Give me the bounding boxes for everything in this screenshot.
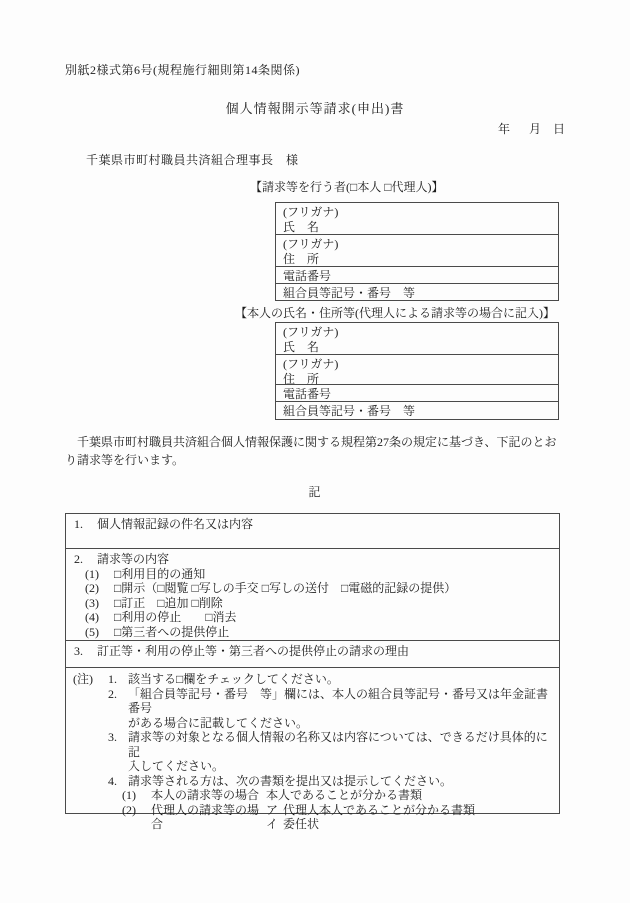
phone-field-label: 電話番号 xyxy=(283,269,552,283)
requester-section-header: 【請求等を行う者(□本人 □代理人)】 xyxy=(250,178,444,195)
record-marker: 記 xyxy=(0,483,630,500)
item-number: 1. xyxy=(74,517,97,532)
doc-line: イ 委任状 xyxy=(266,817,475,832)
note-text-line: 請求等される方は、次の書類を提出又は提示してください。 xyxy=(128,774,555,789)
document-page: 別紙2様式第6号(規程施行細則第14条関係) 個人情報開示等請求(申出)書 年月… xyxy=(0,0,630,903)
option-line-disclosure: (2) □開示（□閲覧 □写しの手交 □写しの送付 □電磁的記録の提供） xyxy=(66,581,559,596)
phone-field-label: 電話番号 xyxy=(283,387,552,401)
month-label: 月 xyxy=(529,122,541,136)
note-number: 3. xyxy=(108,730,128,774)
page-title: 個人情報開示等請求(申出)書 xyxy=(0,98,630,117)
body-paragraph-line: 千葉県市町村職員共済組合個人情報保護に関する規程第27条の規定に基づき、下記のと… xyxy=(65,433,567,451)
option-checkbox-text: □開示（□閲覧 □写しの手交 □写しの送付 □電磁的記録の提供） xyxy=(114,581,456,596)
table-row-address: (フリガナ) 住 所 xyxy=(276,354,558,384)
option-line-correction: (3) □訂正 □追加 □削除 xyxy=(66,596,559,611)
day-label: 日 xyxy=(553,122,565,136)
year-label: 年 xyxy=(498,122,510,136)
note-number: 1. xyxy=(108,672,128,687)
table-row-notes: (注) 1. 該当する□欄をチェックしてください。 2. 「組合員等記号・番号 … xyxy=(66,667,559,813)
furigana-label: (フリガナ) xyxy=(283,237,552,252)
table-row-phone: 電話番号 xyxy=(276,384,558,401)
item-number: 3. xyxy=(74,644,97,659)
option-line-purpose-notification: (1) □利用目的の通知 xyxy=(66,567,559,582)
furigana-label: (フリガナ) xyxy=(283,205,552,220)
table-row-member-number: 組合員等記号・番号 等 xyxy=(276,401,558,419)
sub-item-number: (2) xyxy=(122,803,151,832)
table-row-name: (フリガナ) 氏 名 xyxy=(276,323,558,354)
note-item-2: 2. 「組合員等記号・番号 等」欄には、本人の組合員等記号・番号又は年金証書番号… xyxy=(108,687,555,731)
option-number: (5) xyxy=(85,625,114,640)
doc-line: ア 代理人本人であることが分かる書類 xyxy=(266,803,475,818)
note-text-line: 該当する□欄をチェックしてください。 xyxy=(128,672,555,687)
sub-item-case: 代理人の請求等の場合 xyxy=(151,803,266,832)
doc-text: 本人であることが分かる書類 xyxy=(266,788,422,803)
principal-section-header: 【本人の氏名・住所等(代理人による請求等の場合に記入)】 xyxy=(235,304,555,321)
option-checkbox-text: □利用目的の通知 xyxy=(114,567,205,582)
required-docs: ア 代理人本人であることが分かる書類 イ 委任状 xyxy=(266,803,475,832)
option-number: (4) xyxy=(85,610,114,625)
table-row-item3-reason: 3. 訂正等・利用の停止等・第三者への提供停止の請求の理由 xyxy=(66,640,559,667)
table-row-phone: 電話番号 xyxy=(276,266,558,283)
option-checkbox-text: □第三者への提供停止 xyxy=(114,625,229,640)
principal-table: (フリガナ) 氏 名 (フリガナ) 住 所 電話番号 組合員等記号・番号 等 xyxy=(275,322,559,420)
note-text-line: 「組合員等記号・番号 等」欄には、本人の組合員等記号・番号又は年金証書番号 xyxy=(128,687,555,716)
note-item-1: 1. 該当する□欄をチェックしてください。 xyxy=(108,672,555,687)
option-number: (1) xyxy=(85,567,114,582)
requester-table: (フリガナ) 氏 名 (フリガナ) 住 所 電話番号 組合員等記号・番号 等 xyxy=(275,202,559,301)
furigana-label: (フリガナ) xyxy=(283,357,552,372)
option-line-suspension: (4) □利用の停止 □消去 xyxy=(66,610,559,625)
addressee-line: 千葉県市町村職員共済組合理事長 様 xyxy=(86,151,299,168)
doc-text: 代理人本人であることが分かる書類 xyxy=(283,803,475,818)
option-line-third-party-stop: (5) □第三者への提供停止 xyxy=(66,625,559,640)
note-number: 4. xyxy=(108,774,128,789)
note-number: 2. xyxy=(108,687,128,731)
table-row-item1-subject: 1. 個人情報記録の件名又は内容 xyxy=(66,514,559,548)
table-row-item2-request-content: 2. 請求等の内容 (1) □利用目的の通知 (2) □開示（□閲覧 □写しの手… xyxy=(66,548,559,640)
form-reference-number: 別紙2様式第6号(規程施行細則第14条関係) xyxy=(65,61,300,78)
request-details-table: 1. 個人情報記録の件名又は内容 2. 請求等の内容 (1) □利用目的の通知 … xyxy=(65,513,560,814)
note-sub-item-principal: (1) 本人の請求等の場合 本人であることが分かる書類 xyxy=(122,788,555,803)
item2-title: 請求等の内容 xyxy=(97,552,555,567)
sub-item-number: (1) xyxy=(122,788,151,803)
required-docs: 本人であることが分かる書類 xyxy=(266,788,422,803)
note-sub-item-agent: (2) 代理人の請求等の場合 ア 代理人本人であることが分かる書類 イ 委任状 xyxy=(122,803,555,832)
furigana-label: (フリガナ) xyxy=(283,325,552,340)
table-row-address: (フリガナ) 住 所 xyxy=(276,234,558,266)
item1-title: 個人情報記録の件名又は内容 xyxy=(97,517,555,532)
option-checkbox-text: □訂正 □追加 □削除 xyxy=(114,596,223,611)
member-number-field-label: 組合員等記号・番号 等 xyxy=(283,404,552,418)
note-text-line: がある場合に記載してください。 xyxy=(128,716,555,731)
doc-letter: ア xyxy=(266,803,283,818)
note-marker: (注) xyxy=(73,672,108,832)
option-number: (3) xyxy=(85,596,114,611)
doc-text: 委任状 xyxy=(283,817,319,832)
doc-line: 本人であることが分かる書類 xyxy=(266,788,422,803)
table-row-member-number: 組合員等記号・番号 等 xyxy=(276,283,558,300)
option-number: (2) xyxy=(85,581,114,596)
item-number: 2. xyxy=(74,552,97,567)
body-paragraph-line: り請求等を行います。 xyxy=(65,451,567,469)
body-paragraph: 千葉県市町村職員共済組合個人情報保護に関する規程第27条の規定に基づき、下記のと… xyxy=(65,433,567,469)
option-checkbox-text: □利用の停止 □消去 xyxy=(114,610,237,625)
note-item-4: 4. 請求等される方は、次の書類を提出又は提示してください。 xyxy=(108,774,555,789)
note-text-line: 請求等の対象となる個人情報の名称又は内容については、できるだけ具体的に記 xyxy=(128,730,555,759)
doc-letter: イ xyxy=(266,817,283,832)
name-field-label: 氏 名 xyxy=(283,220,552,235)
note-item-3: 3. 請求等の対象となる個人情報の名称又は内容については、できるだけ具体的に記 … xyxy=(108,730,555,774)
sub-item-case: 本人の請求等の場合 xyxy=(151,788,266,803)
note-list: 1. 該当する□欄をチェックしてください。 2. 「組合員等記号・番号 等」欄に… xyxy=(108,672,555,832)
name-field-label: 氏 名 xyxy=(283,340,552,355)
note-text-line: 入してください。 xyxy=(128,759,555,774)
table-row-name: (フリガナ) 氏 名 xyxy=(276,203,558,234)
date-line: 年月日 xyxy=(498,120,565,137)
address-field-label: 住 所 xyxy=(283,252,552,267)
member-number-field-label: 組合員等記号・番号 等 xyxy=(283,286,552,300)
item3-title: 訂正等・利用の停止等・第三者への提供停止の請求の理由 xyxy=(97,644,555,659)
